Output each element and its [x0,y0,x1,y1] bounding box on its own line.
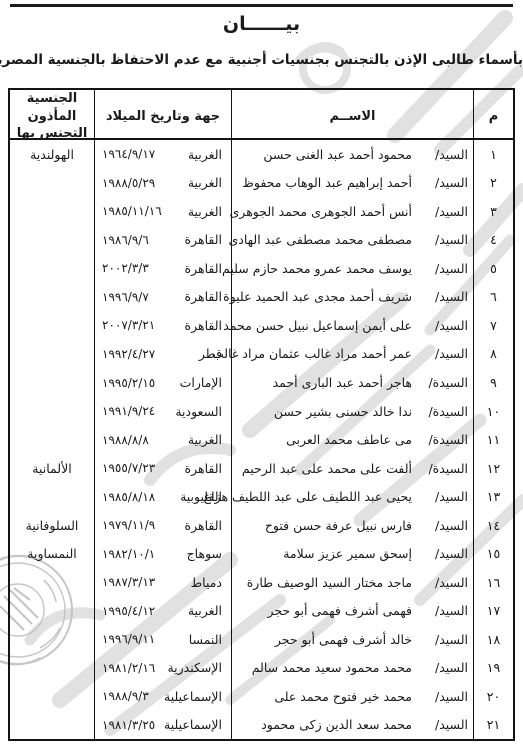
table-row: السيد/إسحق سمير عزيز سلامة [232,539,473,568]
birth-date: ٢٠٠٧/٣/٢١ [102,318,155,332]
row-number: ١٩ [474,654,513,683]
header-nationality: الجنسية المأذون التجنس بها [10,90,94,143]
birth-date: ١٩٩٦/٩/١١ [102,632,155,646]
column-birth: الغربية١٩٦٤/٩/١٧الغربية١٩٨٨/٥/٢٩الغربية١… [94,140,231,739]
birth-cell: الإسكندرية١٩٨١/٢/١٦ [95,654,231,683]
person-name: ألفت على محمد على عبد الرحيم [242,461,412,476]
birth-place: الغربية [188,432,222,447]
nationality-cell [10,425,94,454]
table-row: السيد/محمد خير فتوح محمد على [232,682,473,711]
birth-cell: القاهرة١٩٩٦/٩/٧ [95,283,231,312]
honorific: السيدة/ [424,432,468,447]
header-index: م [473,90,513,143]
birth-cell: القاهرة١٩٥٥/٧/٢٣ [95,454,231,483]
person-name: محمد سعد الدين زكى محمود [261,717,412,732]
birth-date: ١٩٨٧/٣/١٣ [102,575,155,589]
birth-place: القاهرة [185,289,222,304]
table-row: السيدة/هاجر أحمد عبد البارى أحمد [232,368,473,397]
birth-cell: القاهرة٢٠٠٢/٣/٣ [95,254,231,283]
person-name: ماجد مختار السيد الوصيف طارة [247,575,412,590]
nationality-cell [10,482,94,511]
birth-date: ١٩٨١/٢/١٦ [102,661,155,675]
nationality-cell: الهولندية [10,140,94,169]
birth-cell: الغربية١٩٨٨/٨/٨ [95,425,231,454]
table-row: السيد/خالد أشرف فهمى أبو حجر [232,625,473,654]
person-name: على أيمن إسماعيل نبيل حسن محمد [223,318,412,333]
row-number: ١٢ [474,454,513,483]
birth-cell: القاهرة١٩٨٦/٩/٦ [95,226,231,255]
birth-cell: الإسماعيلية١٩٨١/٣/٢٥ [95,711,231,740]
honorific: السيد/ [424,175,468,190]
nationality-cell [10,226,94,255]
nationality-cell: النمساوية [10,539,94,568]
table-body: ١٢٣٤٥٦٧٨٩١٠١١١٢١٣١٤١٥١٦١٧١٨١٩٢٠٢١ السيد/… [10,140,513,739]
table-row: السيدة/ندا خالد حسنى بشير حسن [232,397,473,426]
top-horizontal-rule [10,4,513,7]
table-row: السيد/فارس نبيل عرفة حسن فتوح [232,511,473,540]
header-birth: جهة وتاريخ الميلاد [94,90,231,143]
table-row: السيد/عمر أحمد مراد غالب عثمان مراد غالب [232,340,473,369]
table-row: السيد/ماجد مختار السيد الوصيف طارة [232,568,473,597]
table-row: السيد/يحيى عبد اللطيف على عبد اللطيف هزا… [232,482,473,511]
column-nationality: الهولنديةالألمانيةالسلوفانيةالنمساوية [10,140,94,739]
row-number: ١٥ [474,539,513,568]
row-number: ٢ [474,169,513,198]
birth-place: القاهرة [185,518,222,533]
honorific: السيد/ [424,603,468,618]
birth-place: السعودية [175,404,222,419]
birth-cell: القاهرة١٩٧٩/١١/٩ [95,511,231,540]
honorific: السيد/ [424,261,468,276]
nationality-cell [10,397,94,426]
birth-place: الإمارات [180,375,222,390]
person-name: مى عاطف محمد العربى [286,432,412,447]
birth-place: الإسماعيلية [164,689,222,704]
row-number: ١٨ [474,625,513,654]
birth-date: ١٩٩٥/٢/١٥ [102,376,155,390]
honorific: السيد/ [424,489,468,504]
person-name: أنس أحمد الجوهرى محمد الجوهرى [230,204,412,219]
table-header-row: م الاســم جهة وتاريخ الميلاد الجنسية الم… [10,90,513,140]
birth-place: النمسا [189,632,222,647]
birth-cell: الإسماعيلية١٩٨٨/٩/٣ [95,682,231,711]
column-index: ١٢٣٤٥٦٧٨٩١٠١١١٢١٣١٤١٥١٦١٧١٨١٩٢٠٢١ [473,140,513,739]
person-name: إسحق سمير عزيز سلامة [283,546,412,561]
nationality-cell [10,169,94,198]
nationality-cell [10,711,94,740]
nationality-cell [10,368,94,397]
row-number: ٤ [474,226,513,255]
birth-place: الغربية [188,175,222,190]
table-row: السيد/محمد محمود سعيد محمد سالم [232,654,473,683]
nationality-cell [10,625,94,654]
row-number: ١٣ [474,482,513,511]
birth-date: ١٩٧٩/١١/٩ [102,518,155,532]
person-name: أحمد إبراهيم عبد الوهاب محفوظ [242,175,412,190]
birth-date: ١٩٦٤/٩/١٧ [102,147,155,161]
birth-date: ١٩٩٢/٤/٢٧ [102,347,155,361]
birth-cell: الغربية١٩٨٨/٥/٢٩ [95,169,231,198]
row-number: ٢١ [474,711,513,740]
honorific: السيد/ [424,346,468,361]
nationality-cell [10,197,94,226]
birth-cell: سوهاج١٩٨٢/١٠/١ [95,539,231,568]
table-row: السيد/أنس أحمد الجوهرى محمد الجوهرى [232,197,473,226]
birth-place: الغربية [188,603,222,618]
table-row: السيد/محمد سعد الدين زكى محمود [232,711,473,740]
header-nationality-line1: الجنسية المأذون [10,90,94,125]
table-row: السيد/على أيمن إسماعيل نبيل حسن محمد [232,311,473,340]
row-number: ١٦ [474,568,513,597]
birth-cell: الغربية١٩٩٥/٤/١٢ [95,597,231,626]
nationality-cell [10,311,94,340]
table-row: السيدة/مى عاطف محمد العربى [232,425,473,454]
honorific: السيدة/ [424,404,468,419]
names-table: م الاســم جهة وتاريخ الميلاد الجنسية الم… [8,88,515,741]
person-name: ندا خالد حسنى بشير حسن [274,404,412,419]
birth-place: الغربية [188,147,222,162]
row-number: ١٧ [474,597,513,626]
row-number: ١٤ [474,511,513,540]
person-name: فهمى أشرف فهمى أبو حجر [267,603,412,618]
person-name: يحيى عبد اللطيف على عبد اللطيف هزاع [204,489,412,504]
birth-cell: الإمارات١٩٩٥/٢/١٥ [95,368,231,397]
birth-date: ١٩٩٦/٩/٧ [102,290,149,304]
nationality-cell: السلوفانية [10,511,94,540]
honorific: السيد/ [424,632,468,647]
person-name: عمر أحمد مراد غالب عثمان مراد غالب [212,346,412,361]
birth-date: ١٩٨٨/٩/٣ [102,689,149,703]
row-number: ٥ [474,254,513,283]
honorific: السيد/ [424,689,468,704]
person-name: مصطفى محمد مصطفى عبد الهادى [228,232,412,247]
birth-place: سوهاج [187,546,222,561]
row-number: ٧ [474,311,513,340]
person-name: هاجر أحمد عبد البارى أحمد [273,375,412,390]
person-name: محمد محمود سعيد محمد سالم [252,660,412,675]
row-number: ٨ [474,340,513,369]
birth-cell: القليوبية١٩٨٥/٨/١٨ [95,482,231,511]
column-name: السيد/محمود أحمد عبد الغنى حسنالسيد/أحمد… [231,140,473,739]
table-row: السيد/مصطفى محمد مصطفى عبد الهادى [232,226,473,255]
birth-date: ١٩٩٥/٤/١٢ [102,604,155,618]
birth-place: القاهرة [185,461,222,476]
page-subtitle: بأسماء طالبى الإذن بالتجنس بجنسيات أجنبي… [0,52,523,68]
birth-place: القاهرة [185,318,222,333]
nationality-cell [10,283,94,312]
birth-place: الإسكندرية [167,660,222,675]
person-name: محمود أحمد عبد الغنى حسن [263,147,412,162]
birth-cell: السعودية١٩٩١/٩/٢٤ [95,397,231,426]
row-number: ١١ [474,425,513,454]
birth-date: ١٩٨١/٣/٢٥ [102,718,155,732]
honorific: السيد/ [424,204,468,219]
header-name: الاســم [231,90,473,143]
birth-date: ١٩٨٦/٩/٦ [102,233,149,247]
birth-cell: قطر١٩٩٢/٤/٢٧ [95,340,231,369]
birth-date: ١٩٩١/٩/٢٤ [102,404,155,418]
table-row: السيد/محمود أحمد عبد الغنى حسن [232,140,473,169]
birth-place: قطر [199,346,222,361]
birth-date: ١٩٨٨/٨/٨ [102,433,149,447]
person-name: فارس نبيل عرفة حسن فتوح [265,518,412,533]
nationality-cell [10,254,94,283]
birth-place: القاهرة [185,261,222,276]
honorific: السيد/ [424,518,468,533]
birth-date: ١٩٨٢/١٠/١ [102,547,155,561]
birth-place: القليوبية [180,489,222,504]
table-row: السيد/فهمى أشرف فهمى أبو حجر [232,597,473,626]
honorific: السيدة/ [424,375,468,390]
honorific: السيدة/ [424,461,468,476]
honorific: السيد/ [424,660,468,675]
nationality-cell [10,654,94,683]
honorific: السيد/ [424,546,468,561]
row-number: ١ [474,140,513,169]
honorific: السيد/ [424,318,468,333]
birth-cell: الغربية١٩٦٤/٩/١٧ [95,140,231,169]
row-number: ١٠ [474,397,513,426]
birth-date: ١٩٨٥/٨/١٨ [102,490,155,504]
person-name: محمد خير فتوح محمد على [274,689,412,704]
row-number: ٣ [474,197,513,226]
birth-place: الغربية [188,204,222,219]
honorific: السيد/ [424,717,468,732]
birth-date: ٢٠٠٢/٣/٣ [102,261,149,275]
birth-cell: دمياط١٩٨٧/٣/١٣ [95,568,231,597]
person-name: يوسف محمد عمرو محمد حازم سليم [222,261,412,276]
birth-date: ١٩٨٥/١١/١٦ [102,204,162,218]
table-row: السيد/يوسف محمد عمرو محمد حازم سليم [232,254,473,283]
page-title: بيــــــان [0,13,523,35]
nationality-cell: الألمانية [10,454,94,483]
person-name: شريف أحمد مجدى عبد الحميد عليوة [223,289,412,304]
table-row: السيدة/ألفت على محمد على عبد الرحيم [232,454,473,483]
nationality-cell [10,597,94,626]
nationality-cell [10,340,94,369]
row-number: ٩ [474,368,513,397]
honorific: السيد/ [424,575,468,590]
nationality-cell [10,568,94,597]
birth-place: القاهرة [185,232,222,247]
birth-date: ١٩٥٥/٧/٢٣ [102,461,155,475]
table-row: السيد/شريف أحمد مجدى عبد الحميد عليوة [232,283,473,312]
honorific: السيد/ [424,147,468,162]
row-number: ٢٠ [474,682,513,711]
birth-cell: النمسا١٩٩٦/٩/١١ [95,625,231,654]
row-number: ٦ [474,283,513,312]
birth-date: ١٩٨٨/٥/٢٩ [102,176,155,190]
nationality-cell [10,682,94,711]
birth-cell: القاهرة٢٠٠٧/٣/٢١ [95,311,231,340]
honorific: السيد/ [424,289,468,304]
birth-place: دمياط [191,575,222,590]
birth-place: الإسماعيلية [164,717,222,732]
table-row: السيد/أحمد إبراهيم عبد الوهاب محفوظ [232,169,473,198]
honorific: السيد/ [424,232,468,247]
document-page: بيــــــان بأسماء طالبى الإذن بالتجنس بج… [0,0,523,751]
person-name: خالد أشرف فهمى أبو حجر [275,632,412,647]
birth-cell: الغربية١٩٨٥/١١/١٦ [95,197,231,226]
